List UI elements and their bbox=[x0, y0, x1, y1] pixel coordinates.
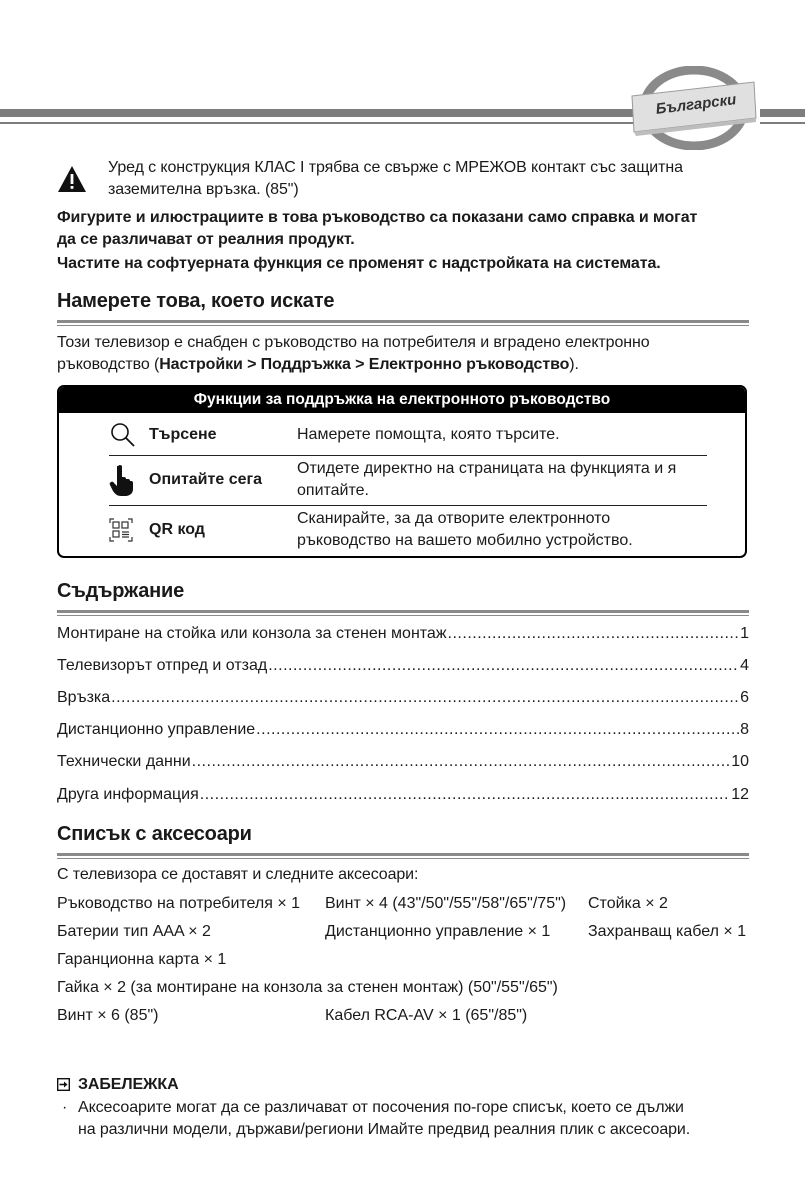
toc-leader-dots: ........................................… bbox=[200, 784, 730, 806]
accessory-item: Гаранционна карта × 1 bbox=[57, 949, 226, 971]
search-icon bbox=[109, 419, 149, 451]
toc-item-label: Дистанционно управление bbox=[57, 719, 255, 741]
accessory-item: Дистанционно управление × 1 bbox=[325, 921, 550, 943]
toc-item-label: Монтиране на стойка или конзола за стене… bbox=[57, 623, 447, 645]
toc-item[interactable]: Телевизорът отпред и отзад..............… bbox=[57, 655, 749, 677]
feature-desc-line1: Отидете директно на страницата на функци… bbox=[297, 458, 707, 480]
accessory-item: Винт × 6 (85") bbox=[57, 1005, 158, 1027]
software-notice: Частите на софтуерната функция се промен… bbox=[57, 253, 661, 275]
toc-title: Съдържание bbox=[57, 580, 184, 603]
toc-leader-dots: ........................................… bbox=[111, 687, 739, 709]
warning-text-line1: Уред с конструкция КЛАС I трябва се свър… bbox=[108, 157, 683, 179]
toc-leader-dots: ........................................… bbox=[256, 719, 739, 741]
feature-desc: Отидете директно на страницата на функци… bbox=[297, 458, 707, 502]
toc-item[interactable]: Връзка..................................… bbox=[57, 687, 749, 709]
table-row: Търсене Намерете помощта, която търсите. bbox=[109, 419, 707, 451]
header-line-right bbox=[760, 122, 805, 124]
accessory-item: Захранващ кабел × 1 bbox=[588, 921, 746, 943]
warning-text-line2: заземителна връзка. (85") bbox=[108, 179, 299, 201]
accessories-title: Списък с аксесоари bbox=[57, 823, 252, 846]
qr-code-icon bbox=[109, 514, 149, 546]
accessory-item: Кабел RCA-AV × 1 (65"/85") bbox=[325, 1005, 527, 1027]
note-text-line2: на различни модели, държави/региони Имай… bbox=[78, 1119, 690, 1141]
toc-item-page: 1 bbox=[740, 623, 749, 645]
accessory-item: Батерии тип AAA × 2 bbox=[57, 921, 211, 943]
feature-desc: Сканирайте, за да отворите електронното … bbox=[297, 508, 707, 552]
header-line-left bbox=[0, 122, 640, 124]
toc-item-page: 8 bbox=[740, 719, 749, 741]
find-intro-line1: Този телевизор е снабден с ръководство н… bbox=[57, 332, 650, 354]
feature-desc-line2: ръководство на вашето мобилно устройство… bbox=[297, 530, 707, 552]
table-header: Функции за поддръжка на електронното рък… bbox=[59, 387, 745, 413]
toc-leader-dots: ........................................… bbox=[192, 751, 731, 773]
note-bullet: · bbox=[62, 1097, 67, 1119]
toc-item-page: 4 bbox=[740, 655, 749, 677]
table-row: Опитайте сега Отидете директно на страни… bbox=[109, 458, 707, 502]
intro-suffix: ). bbox=[569, 356, 579, 373]
toc-item-label: Телевизорът отпред и отзад bbox=[57, 655, 267, 677]
feature-name: Търсене bbox=[149, 426, 297, 444]
toc-item-page: 10 bbox=[731, 751, 749, 773]
warning-triangle-icon bbox=[57, 165, 87, 193]
section-rule bbox=[57, 320, 749, 326]
find-intro-line2: ръководство (Настройки > Поддръжка > Еле… bbox=[57, 354, 579, 376]
accessory-item: Винт × 4 (43"/50"/55"/58"/65"/75") bbox=[325, 893, 566, 915]
feature-desc-line1: Сканирайте, за да отворите електронното bbox=[297, 508, 707, 530]
row-divider bbox=[109, 455, 707, 456]
section-rule bbox=[57, 610, 749, 616]
toc-item-label: Друга информация bbox=[57, 784, 199, 806]
toc-item[interactable]: Друга информация........................… bbox=[57, 784, 749, 806]
toc-item-page: 12 bbox=[731, 784, 749, 806]
feature-desc: Намерете помощта, която търсите. bbox=[297, 424, 707, 446]
toc-leader-dots: ........................................… bbox=[448, 623, 740, 645]
toc-item[interactable]: Дистанционно управление.................… bbox=[57, 719, 749, 741]
accessory-item: Ръководство на потребителя × 1 bbox=[57, 893, 300, 915]
note-text-line1: Аксесоарите могат да се различават от по… bbox=[78, 1097, 684, 1119]
feature-name: Опитайте сега bbox=[149, 471, 297, 489]
accessories-intro: С телевизора се доставят и следните аксе… bbox=[57, 864, 418, 886]
find-section-title: Намерете това, което искате bbox=[57, 290, 334, 313]
accessory-item: Гайка × 2 (за монтиране на конзола за ст… bbox=[57, 977, 558, 999]
toc-item-label: Технически данни bbox=[57, 751, 191, 773]
header-bar-right bbox=[760, 109, 805, 117]
toc-item[interactable]: Монтиране на стойка или конзола за стене… bbox=[57, 623, 749, 645]
figures-notice-line2: да се различават от реалния продукт. bbox=[57, 229, 355, 251]
header-bar-left bbox=[0, 109, 640, 117]
toc-item-page: 6 bbox=[740, 687, 749, 709]
figures-notice-line1: Фигурите и илюстрациите в това ръководст… bbox=[57, 207, 697, 229]
feature-desc-line2: опитайте. bbox=[297, 480, 707, 502]
note-title: ЗАБЕЛЕЖКА bbox=[78, 1074, 179, 1096]
section-rule bbox=[57, 853, 749, 859]
menu-path: Настройки > Поддръжка > Електронно ръков… bbox=[159, 356, 569, 373]
language-badge: Български bbox=[628, 66, 758, 150]
feature-name: QR код bbox=[149, 521, 297, 539]
table-row: QR код Сканирайте, за да отворите електр… bbox=[109, 508, 707, 552]
hand-pointer-icon bbox=[109, 464, 149, 496]
toc-item[interactable]: Технически данни........................… bbox=[57, 751, 749, 773]
toc-item-label: Връзка bbox=[57, 687, 110, 709]
e-manual-features-table: Функции за поддръжка на електронното рък… bbox=[57, 385, 747, 558]
note-arrow-icon bbox=[57, 1078, 70, 1091]
accessory-item: Стойка × 2 bbox=[588, 893, 668, 915]
intro-prefix: ръководство ( bbox=[57, 356, 159, 373]
row-divider bbox=[109, 505, 707, 506]
toc-leader-dots: ........................................… bbox=[268, 655, 739, 677]
